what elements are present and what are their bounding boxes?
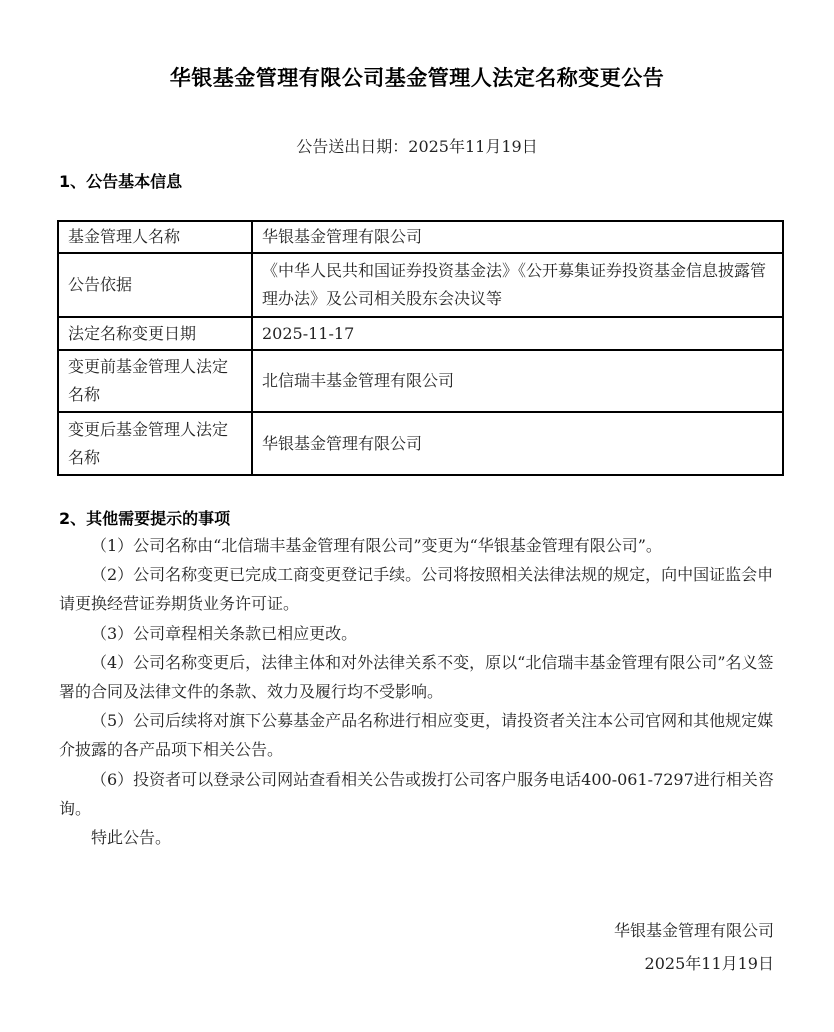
table-row: 公告依据 《中华人民共和国证券投资基金法》《公开募集证券投资基金信息披露管理办法… xyxy=(58,253,783,317)
row-label: 法定名称变更日期 xyxy=(58,317,252,350)
row-label: 公告依据 xyxy=(58,253,252,317)
section-2-heading: 2、其他需要提示的事项 xyxy=(59,506,230,529)
notice-item-1: （1）公司名称由“北信瑞丰基金管理有限公司”变更为“华银基金管理有限公司”。 xyxy=(59,531,779,560)
notice-item-4: （4）公司名称变更后，法律主体和对外法律关系不变，原以“北信瑞丰基金管理有限公司… xyxy=(59,648,779,706)
document-title: 华银基金管理有限公司基金管理人法定名称变更公告 xyxy=(0,62,834,92)
section-1-heading: 1、公告基本信息 xyxy=(59,169,182,192)
table-row: 变更前基金管理人法定名称 北信瑞丰基金管理有限公司 xyxy=(58,350,783,412)
basic-info-table: 基金管理人名称 华银基金管理有限公司 公告依据 《中华人民共和国证券投资基金法》… xyxy=(57,220,784,476)
row-label: 基金管理人名称 xyxy=(58,221,252,253)
signature-company: 华银基金管理有限公司 xyxy=(614,918,774,941)
signature-date: 2025年11月19日 xyxy=(645,951,774,974)
closing-statement: 特此公告。 xyxy=(59,823,779,852)
row-label: 变更前基金管理人法定名称 xyxy=(58,350,252,412)
send-date: 公告送出日期：2025年11月19日 xyxy=(0,134,834,157)
row-value: 《中华人民共和国证券投资基金法》《公开募集证券投资基金信息披露管理办法》及公司相… xyxy=(252,253,783,317)
notice-item-5: （5）公司后续将对旗下公募基金产品名称进行相应变更，请投资者关注本公司官网和其他… xyxy=(59,706,779,764)
table-row: 法定名称变更日期 2025-11-17 xyxy=(58,317,783,350)
row-value: 北信瑞丰基金管理有限公司 xyxy=(252,350,783,412)
row-label: 变更后基金管理人法定名称 xyxy=(58,412,252,475)
row-value: 华银基金管理有限公司 xyxy=(252,221,783,253)
notice-item-6: （6）投资者可以登录公司网站查看相关公告或拨打公司客户服务电话400-061-7… xyxy=(59,765,779,823)
table-row: 变更后基金管理人法定名称 华银基金管理有限公司 xyxy=(58,412,783,475)
notice-item-3: （3）公司章程相关条款已相应更改。 xyxy=(59,619,779,648)
row-value: 华银基金管理有限公司 xyxy=(252,412,783,475)
table-row: 基金管理人名称 华银基金管理有限公司 xyxy=(58,221,783,253)
row-value: 2025-11-17 xyxy=(252,317,783,350)
notice-item-2: （2）公司名称变更已完成工商变更登记手续。公司将按照相关法律法规的规定，向中国证… xyxy=(59,560,779,618)
